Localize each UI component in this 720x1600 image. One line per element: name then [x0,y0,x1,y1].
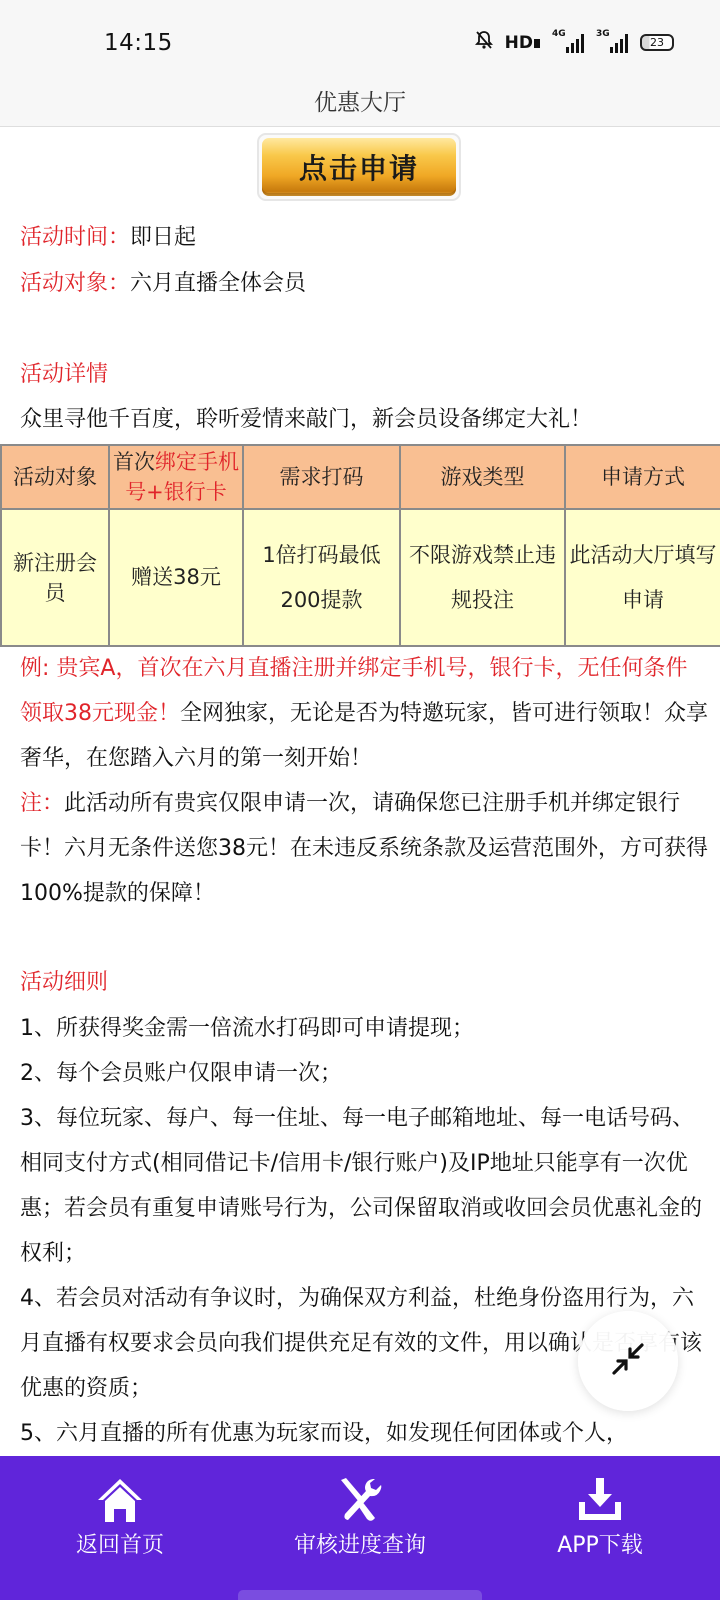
note-text: 此活动所有贵宾仅限申请一次，请确保您已注册手机并绑定银行卡！六月无条件送您38元… [20,791,708,906]
hd-indicator: HD [505,33,540,53]
nav-app-download-label: APP下载 [557,1528,643,1559]
nav-home-button[interactable]: 返回首页 [0,1456,240,1600]
activity-time-label: 活动时间： [20,225,130,250]
note-label: 注： [20,791,64,816]
battery-icon: 23 [640,34,674,51]
nav-app-download-button[interactable]: APP下载 [480,1456,720,1600]
table-header-game-type: 游戏类型 [400,445,565,509]
status-time: 14:15 [104,30,173,56]
details-heading: 活动详情 [20,360,108,390]
home-indicator[interactable] [238,1590,482,1600]
promo-content[interactable]: 点击申请 活动时间：即日起 活动对象：六月直播全体会员 活动详情 众里寻他千百度… [0,128,720,1458]
rule-item: 1、所获得奖金需一倍流水打码即可申请提现； [20,1006,708,1051]
table-cell-wager: 1倍打码最低200提款 [243,509,400,646]
table-cell-game-type: 不限游戏禁止违规投注 [400,509,565,646]
rule-item: 3、每位玩家、每户、每一住址、每一电子邮箱地址、每一电话号码、相同支付方式(相同… [20,1096,708,1276]
table-header-apply-method: 申请方式 [565,445,720,509]
table-row: 新注册会员 赠送38元 1倍打码最低200提款 不限游戏禁止违规投注 此活动大厅… [1,509,720,646]
status-icons: HD 4G 3G 23 [475,30,674,55]
apply-button-frame: 点击申请 [257,133,461,201]
apply-button[interactable]: 点击申请 [262,138,456,196]
table-header-row: 活动对象 首次绑定手机号+银行卡 需求打码 游戏类型 申请方式 [1,445,720,509]
note-paragraph: 注：此活动所有贵宾仅限申请一次，请确保您已注册手机并绑定银行卡！六月无条件送您3… [20,781,708,916]
table-header-wager: 需求打码 [243,445,400,509]
activity-target: 活动对象：六月直播全体会员 [20,269,306,299]
signal-4g-icon: 4G [552,33,584,53]
activity-target-value: 六月直播全体会员 [130,271,306,296]
rules-heading: 活动细则 [20,968,108,998]
nav-home-label: 返回首页 [76,1528,164,1559]
tools-icon [335,1476,385,1524]
download-icon [575,1476,625,1524]
rule-item: 5、六月直播的所有优惠为玩家而设，如发现任何团体或个人， [20,1411,708,1456]
bottom-nav: 返回首页 审核进度查询 APP下载 [0,1456,720,1600]
nav-review-status-label: 审核进度查询 [294,1528,426,1559]
rule-item: 2、每个会员账户仅限申请一次； [20,1051,708,1096]
promo-table: 活动对象 首次绑定手机号+银行卡 需求打码 游戏类型 申请方式 新注册会员 赠送… [0,444,720,647]
home-icon [95,1476,145,1524]
bell-muted-icon [475,30,493,55]
app-header: 优惠大厅 [0,80,720,127]
nav-review-status-button[interactable]: 审核进度查询 [240,1456,480,1600]
activity-target-label: 活动对象： [20,271,130,296]
collapse-arrows-icon [608,1339,648,1383]
collapse-fab-button[interactable] [578,1311,678,1411]
activity-time: 活动时间：即日起 [20,223,196,253]
table-header-bonus: 首次绑定手机号+银行卡 [109,445,243,509]
table-cell-target: 新注册会员 [1,509,109,646]
activity-time-value: 即日起 [130,225,196,250]
details-tagline: 众里寻他千百度，聆听爱情来敲门，新会员设备绑定大礼！ [20,405,592,435]
table-cell-apply-method: 此活动大厅填写申请 [565,509,720,646]
table-cell-bonus: 赠送38元 [109,509,243,646]
page-title: 优惠大厅 [314,84,406,117]
signal-3g-icon: 3G [596,33,628,53]
example-paragraph: 例: 贵宾A，首次在六月直播注册并绑定手机号，银行卡，无任何条件领取38元现金！… [20,646,708,781]
table-header-target: 活动对象 [1,445,109,509]
status-bar: 14:15 HD 4G 3G 23 [0,0,720,80]
